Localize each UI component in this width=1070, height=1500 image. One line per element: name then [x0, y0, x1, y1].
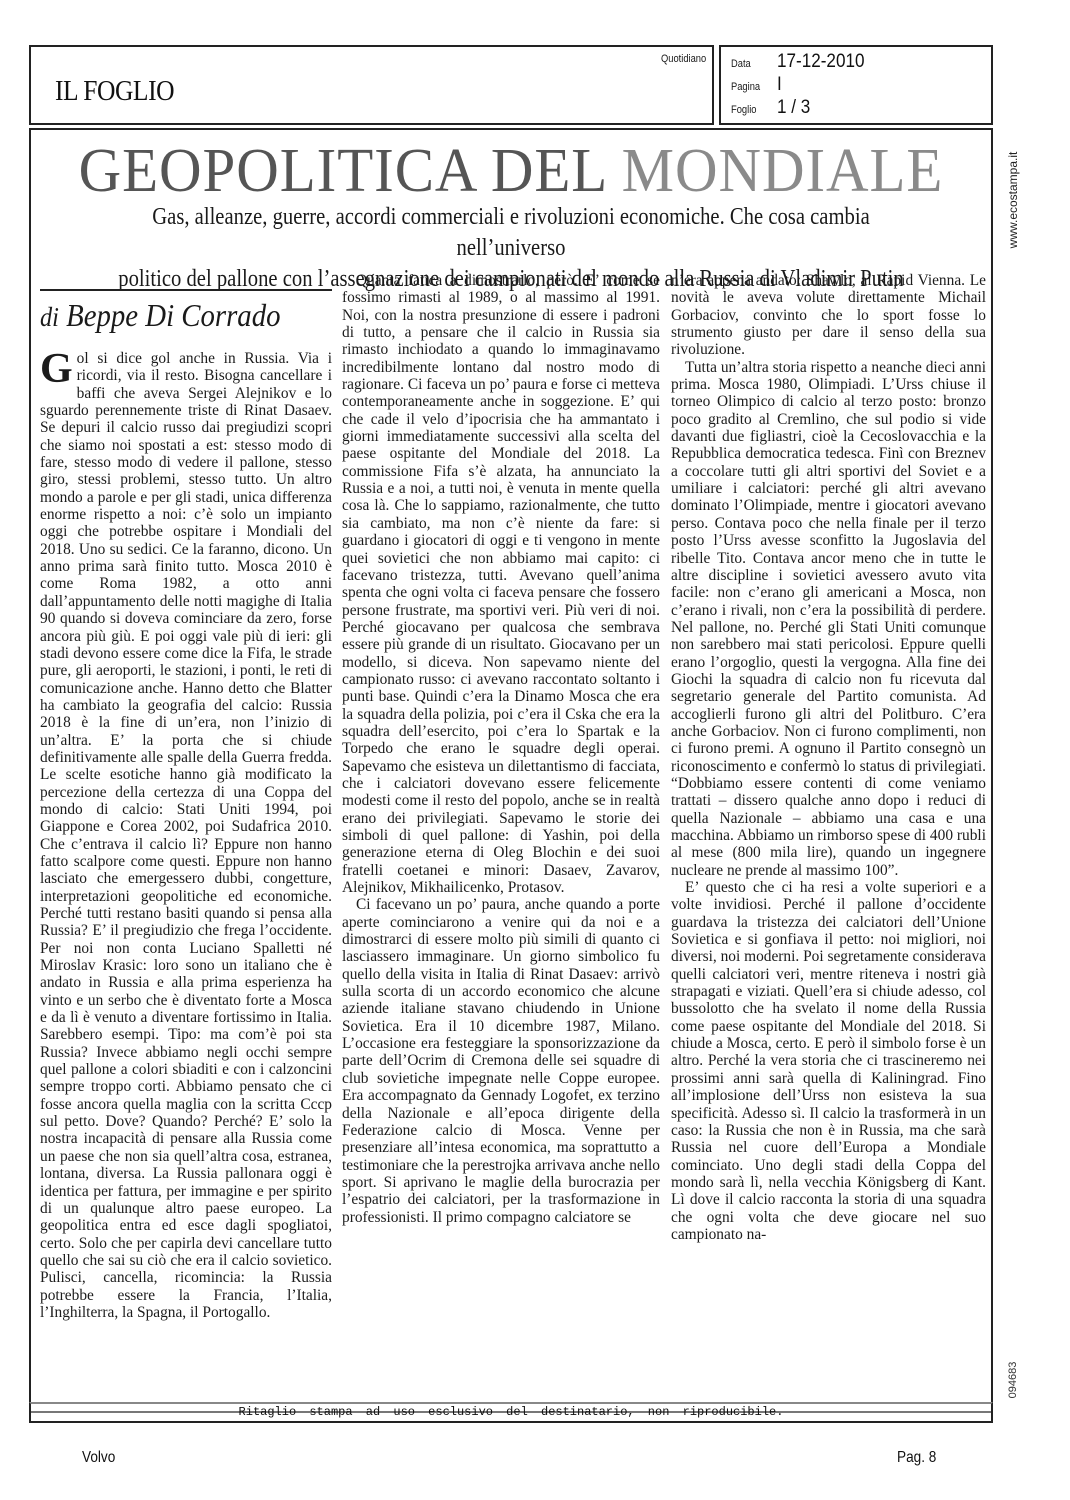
reproduction-disclaimer: Ritaglio stampa ad uso esclusivo del des…: [29, 1402, 993, 1423]
footer-client: Volvo: [82, 1449, 115, 1467]
meta-page: Pagina I: [731, 74, 782, 98]
paragraph: Gol si dice gol anche in Russia. Via i r…: [40, 350, 332, 1321]
meta-sheet-value: 1 / 3: [777, 97, 810, 119]
article-box: GEOPOLITICA DEL MONDIALE Gas, alleanze, …: [29, 128, 993, 1413]
paragraph: Ci facevano un po’ paura, anche quando a…: [342, 896, 660, 1226]
meta-page-value: I: [777, 74, 782, 96]
side-code: 094683: [1003, 1350, 1023, 1410]
subhead-line-1: Gas, alleanze, guerre, accordi commercia…: [98, 202, 924, 264]
paragraph: n’era appena andato: Shawlo, al Rapid Vi…: [671, 272, 986, 359]
metadata-box: Data 17-12-2010 Pagina I Foglio 1 / 3: [719, 45, 993, 125]
headline-part2: MONDIALE: [622, 137, 944, 205]
masthead-box: IL FOGLIO Quotidiano: [29, 45, 714, 125]
paragraph: E’ questo che ci ha resi a volte superio…: [671, 879, 986, 1243]
drop-cap: G: [40, 352, 73, 386]
newspaper-name: IL FOGLIO: [55, 75, 174, 108]
meta-sheet-label: Foglio: [731, 104, 770, 116]
footer-page-number: Pag. 8: [897, 1449, 936, 1467]
headline: GEOPOLITICA DEL MONDIALE: [55, 134, 967, 208]
byline: diBeppe Di Corrado: [40, 297, 280, 335]
byline-prefix: di: [40, 302, 59, 332]
periodicity-label: Quotidiano: [661, 53, 706, 65]
headline-part1: GEOPOLITICA DEL: [79, 137, 622, 205]
article-column-1: Gol si dice gol anche in Russia. Via i r…: [40, 350, 332, 1321]
meta-date-value: 17-12-2010: [777, 51, 864, 73]
meta-page-label: Pagina: [731, 81, 770, 93]
meta-date-label: Data: [731, 58, 770, 70]
website-text: www.ecostampa.it: [1006, 152, 1020, 249]
side-website: www.ecostampa.it: [1003, 130, 1023, 270]
document-code: 094683: [1007, 1362, 1019, 1399]
meta-sheet: Foglio 1 / 3: [731, 97, 814, 121]
meta-date: Data 17-12-2010: [731, 51, 874, 75]
paragraph: Quanta fatica a dimostrarlo, però. E’ co…: [342, 272, 660, 896]
byline-rule: [40, 289, 332, 291]
byline-author: Beppe Di Corrado: [66, 297, 280, 333]
article-column-3: n’era appena andato: Shawlo, al Rapid Vi…: [671, 272, 986, 1243]
article-column-2: Quanta fatica a dimostrarlo, però. E’ co…: [342, 272, 660, 1226]
paragraph: Tutta un’altra storia rispetto a neanche…: [671, 359, 986, 879]
